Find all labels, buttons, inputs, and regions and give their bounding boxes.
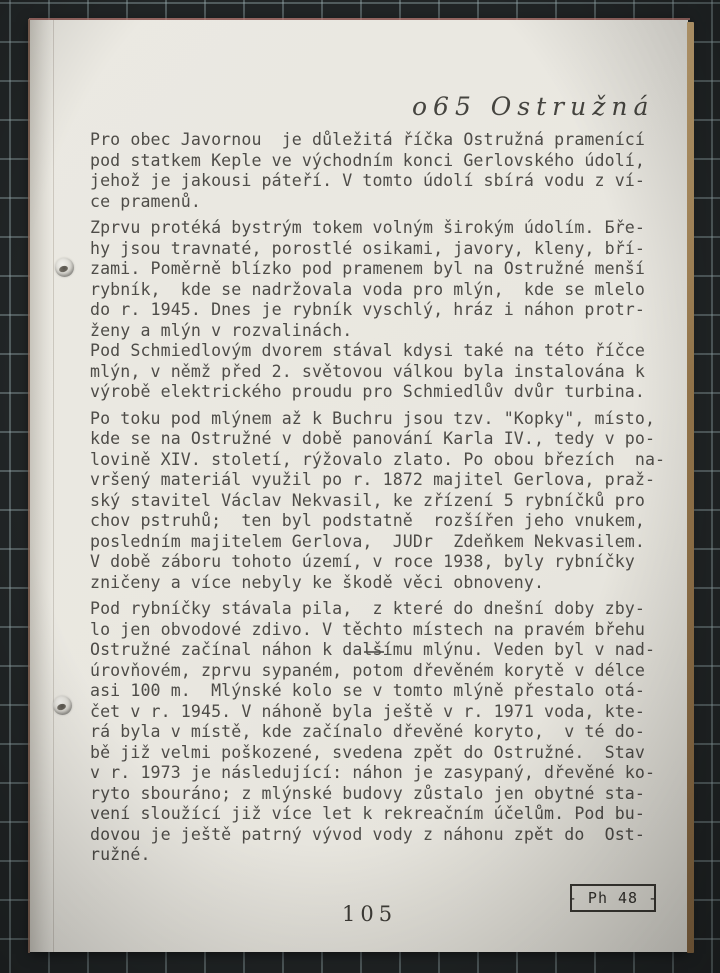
text-line: úrovňovém, zprvu sypaném, potom dřevěném…: [90, 661, 665, 682]
text-line: chov pstruhů; ten byl podstatně rozšířen…: [90, 511, 665, 532]
text-line: Pro obec Javornou je důležitá říčka Ostr…: [90, 130, 665, 151]
text-line: dovou je ještě patrný vývod vody z náhon…: [90, 825, 665, 846]
paragraph-4: Pod rybníčky stávala pila, z které do dn…: [90, 599, 665, 866]
text-line: bě již velmi poškozené, svedena zpět do …: [90, 743, 665, 764]
text-line: Pod Schmiedlovým dvorem stával kdysi tak…: [90, 341, 665, 362]
text-line: lovině XIV. století, rýžovalo zlato. Po …: [90, 450, 665, 471]
paragraph-2: Zprvu protéká bystrým tokem volným širok…: [90, 218, 665, 403]
text-line: zničeny a více nebyly ke škodě věci obno…: [90, 573, 665, 594]
punch-hole-top: [55, 258, 74, 277]
text-line: Zprvu protéká bystrým tokem volným širok…: [90, 218, 665, 239]
text-line: vršený materiál využil po r. 1872 majite…: [90, 470, 665, 491]
text-line: zami. Poměrně blízko pod pramenem byl na…: [90, 259, 665, 280]
text-line: asi 100 m. Mlýnské kolo se v tomto mlýně…: [90, 681, 665, 702]
text-line: hy jsou travnaté, porostlé osikami, javo…: [90, 239, 665, 260]
page-left-shadow-strip: [30, 20, 53, 952]
page-right-edge: [687, 22, 694, 953]
text-line: výrobě elektrického proudu pro Schmiedlů…: [90, 382, 665, 403]
text-line: jehož je jakousi páteří. V tomto údolí s…: [90, 171, 665, 192]
text-line: lo jen obvodové zdivo. V těchto místech …: [90, 620, 665, 641]
document-body: Pro obec Javornou je důležitá říčka Ostr…: [90, 130, 665, 872]
text-line: ryto sbouráno; z mlýnské budovy zůstalo …: [90, 784, 665, 805]
text-line: Po toku pod mlýnem až k Buchru jsou tzv.…: [90, 409, 665, 430]
text-line: ský stavitel Václav Nekvasil, ke zřízení…: [90, 491, 665, 512]
text-line: ce pramenů.: [90, 192, 665, 213]
paragraph-3: Po toku pod mlýnem až k Buchru jsou tzv.…: [90, 409, 665, 594]
page-number: 105: [342, 902, 397, 926]
text-line: čet v r. 1945. V náhoně byla ještě v r. …: [90, 702, 665, 723]
page-crease-line: [53, 20, 54, 952]
typewriter-underline-mark: [364, 651, 384, 653]
background-board: o65 Ostružná Pro obec Javornou je důleži…: [0, 0, 720, 973]
text-line: kde se na Ostružné v době panování Karla…: [90, 429, 665, 450]
text-line: V době záboru tohoto území, v roce 1938,…: [90, 552, 665, 573]
text-line: ružné.: [90, 845, 665, 866]
text-line: posledním majitelem Gerlova, JUDr Zdeňke…: [90, 532, 665, 553]
text-line: mlýn, v němž před 2. světovou válkou byl…: [90, 362, 665, 383]
punch-hole-bottom: [53, 696, 72, 715]
text-line: do r. 1945. Dnes je rybník vyschlý, hráz…: [90, 300, 665, 321]
page-top-edge: [29, 18, 690, 20]
text-line: ženy a mlýn v rozvalinách.: [90, 321, 665, 342]
text-line: Pod rybníčky stávala pila, z které do dn…: [90, 599, 665, 620]
text-line: v r. 1973 je následující: náhon je zasyp…: [90, 763, 665, 784]
document-page: o65 Ostružná Pro obec Javornou je důleži…: [30, 20, 688, 952]
text-line: vení sloužící již více let k rekreačním …: [90, 804, 665, 825]
text-line: rá byla v místě, kde začínalo dřevěné ko…: [90, 722, 665, 743]
stamp-box: - Ph 48 -: [570, 884, 656, 912]
text-line: rybník, kde se nadržovala voda pro mlýn,…: [90, 280, 665, 301]
stamp-label: - Ph 48 -: [568, 889, 658, 907]
paragraph-1: Pro obec Javornou je důležitá říčka Ostr…: [90, 130, 665, 212]
page-title: o65 Ostružná: [412, 92, 654, 121]
text-line: pod statkem Keple ve východním konci Ger…: [90, 151, 665, 172]
